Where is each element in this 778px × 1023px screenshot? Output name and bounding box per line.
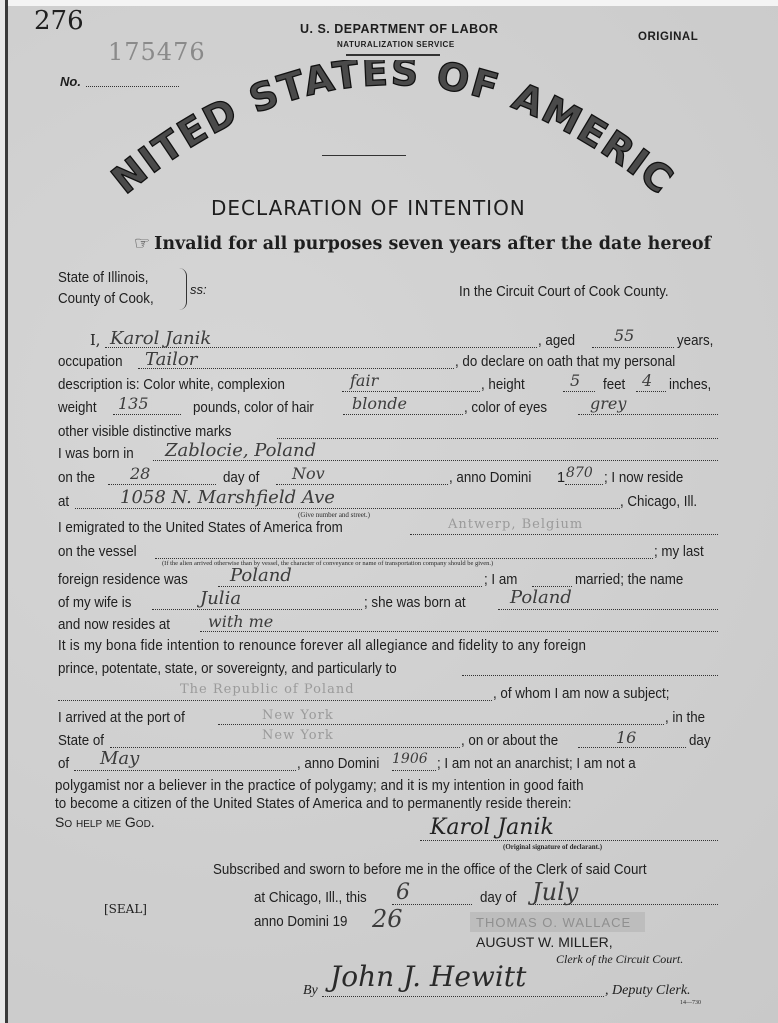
now-resides-label: and now resides at [58, 617, 170, 633]
day-label: day [689, 733, 711, 749]
i-am-label: ; I am [484, 572, 517, 588]
inches-line [636, 391, 666, 392]
anno-domini-arrival-label: , anno Domini [297, 756, 379, 772]
wife-birthplace-line [498, 609, 718, 610]
years-label: years, [677, 333, 713, 349]
description-label: description is: Color white, complexion [58, 377, 285, 393]
renounce-text-2: prince, potentate, state, or sovereignty… [58, 661, 397, 677]
birth-day-line [108, 484, 216, 485]
venue-brace [178, 268, 187, 310]
weight-field: 135 [118, 394, 149, 413]
state-of-label: State of [58, 733, 104, 749]
form-code: 14—730 [680, 1000, 701, 1006]
day-of-label: day of [223, 470, 259, 486]
document-title: DECLARATION OF INTENTION [211, 196, 526, 220]
aged-label: , aged [538, 333, 575, 349]
venue-ss: ss: [190, 282, 207, 297]
service-title: NATURALIZATION SERVICE [337, 40, 455, 49]
birth-day-field: 28 [130, 464, 150, 483]
polygamist-text: polygamist nor a believer in the practic… [55, 778, 584, 794]
arrival-year-field: 1906 [392, 751, 428, 767]
emigrated-from-field: Antwerp, Belgium [448, 517, 583, 532]
anarchist-label: ; I am not an anarchist; I am not a [437, 756, 636, 772]
deputy-signature: John J. Hewitt [330, 960, 526, 993]
marks-label: other visible distinctive marks [58, 424, 231, 440]
sovereign-line-2 [58, 700, 492, 701]
arrival-month-line [74, 770, 296, 771]
married-label: married; the name [575, 572, 683, 588]
inches-label: inches, [669, 377, 711, 393]
i-label: I, [90, 333, 100, 349]
age-field: 55 [614, 326, 634, 345]
sworn-month-field: July [532, 878, 578, 906]
declare-label: , do declare on oath that my personal [455, 354, 675, 370]
foreign-residence-line [218, 586, 482, 587]
deputy-signature-line [322, 996, 604, 997]
eyes-line [578, 414, 718, 415]
address-line [75, 508, 620, 509]
header-rule [346, 54, 440, 56]
arrival-state-field: New York [262, 728, 334, 743]
seal-label: [SEAL] [104, 902, 147, 916]
top-edge [0, 0, 778, 6]
hair-field: blonde [352, 394, 407, 413]
age-line [592, 347, 674, 348]
marks-line [277, 438, 718, 439]
occupation-field: Tailor [145, 349, 197, 370]
arrival-day-field: 16 [616, 728, 636, 747]
sworn-year-field: 26 [372, 905, 403, 933]
name-field: Karol Janik [110, 328, 211, 349]
arc-title-text: UNITED STATES OF AMERICA [100, 60, 680, 203]
clerk-name: AUGUST W. MILLER, [476, 934, 613, 950]
address-field: 1058 N. Marshfield Ave [120, 487, 335, 508]
port-line [218, 724, 664, 725]
subject-label: , of whom I am now a subject; [493, 686, 669, 702]
at-label: at [58, 494, 69, 510]
weight-line [113, 414, 181, 415]
declaration-document: 276 175476 No. U. S. DEPARTMENT OF LABOR… [0, 0, 778, 1023]
birth-year-field: 870 [566, 465, 593, 481]
foreign-residence-field: Poland [230, 565, 292, 586]
foreign-residence-label: foreign residence was [58, 572, 188, 588]
chicago-label: , Chicago, Ill. [620, 494, 697, 510]
on-or-about-label: , on or about the [461, 733, 558, 749]
renounce-text-1: It is my bona fide intention to renounce… [58, 638, 586, 654]
birth-year-line [565, 484, 603, 485]
left-border-line [5, 0, 8, 1023]
vessel-note: (If the alien arrived otherwise than by … [162, 560, 493, 567]
become-citizen-text: to become a citizen of the United States… [55, 796, 572, 812]
validity-text: Invalid for all purposes seven years aft… [154, 234, 711, 254]
declarant-signature-line [420, 840, 718, 841]
sovereign-line-1 [462, 675, 718, 676]
occupation-label: occupation [58, 354, 123, 370]
arrived-port-label: I arrived at the port of [58, 710, 185, 726]
my-last-label: ; my last [654, 544, 704, 560]
title-rule [322, 155, 406, 156]
declarant-signature: Karol Janik [430, 815, 554, 840]
deputy-clerk-label: , Deputy Clerk. [605, 983, 691, 999]
complexion-field: fair [350, 371, 378, 390]
venue-county: County of Cook, [58, 291, 154, 307]
on-the-label: on the [58, 470, 95, 486]
sovereign-field: The Republic of Poland [180, 682, 355, 697]
birth-month-field: Nov [292, 464, 325, 483]
venue-state: State of Illinois, [58, 270, 148, 286]
weight-label: weight [58, 400, 97, 416]
arrival-year-line [392, 770, 436, 771]
at-chicago-label: at Chicago, Ill., this [254, 890, 367, 906]
clerk-title: Clerk of the Circuit Court. [556, 952, 683, 967]
pounds-hair-label: pounds, color of hair [193, 400, 314, 416]
by-label: By [303, 983, 318, 999]
validity-notice: ☞Invalid for all purposes seven years af… [134, 233, 711, 254]
height-label: , height [481, 377, 525, 393]
wife-name-line [152, 609, 362, 610]
arrival-port-field: New York [262, 708, 334, 723]
wife-residence-line [200, 631, 718, 632]
birth-year-prefix: 1 [557, 470, 565, 486]
anno-domini-birth-label: , anno Domini [449, 470, 531, 486]
sworn-day-field: 6 [396, 880, 410, 905]
of-label: of [58, 756, 69, 772]
born-in-label: I was born in [58, 446, 134, 462]
arrival-month-field: May [100, 748, 139, 769]
arrival-state-line [110, 747, 460, 748]
wife-name-field: Julia [200, 588, 241, 609]
venue-court: In the Circuit Court of Cook County. [459, 284, 669, 300]
vessel-label: on the vessel [58, 544, 137, 560]
svg-text:UNITED STATES OF AMERICA: UNITED STATES OF AMERICA [100, 60, 680, 203]
height-feet-field: 5 [570, 371, 580, 390]
eyes-label: , color of eyes [464, 400, 547, 416]
day-of-2-label: day of [480, 890, 516, 906]
wife-is-label: of my wife is [58, 595, 131, 611]
pointing-hand-icon: ☞ [134, 233, 150, 254]
form-number: 276 [34, 6, 84, 36]
complexion-line [342, 391, 480, 392]
now-reside-label: ; I now reside [604, 470, 683, 486]
give-number-hint: (Give number and street.) [298, 511, 370, 519]
stamped-clerk-name: THOMAS O. WALLACE [476, 915, 631, 930]
subscribed-text: Subscribed and sworn to before me in the… [213, 862, 647, 878]
wife-residence-field: with me [208, 612, 273, 631]
emigrated-label: I emigrated to the United States of Amer… [58, 520, 343, 536]
original-signature-caption: (Original signature of declarant.) [503, 843, 602, 851]
in-the-label: , in the [665, 710, 705, 726]
arrival-day-line [578, 747, 686, 748]
anno-domini-19-label: anno Domini 19 [254, 914, 347, 930]
wife-birthplace-field: Poland [510, 587, 572, 608]
feet-line [563, 391, 595, 392]
height-inches-field: 4 [642, 371, 652, 390]
birthplace-field: Zablocie, Poland [165, 440, 316, 461]
emigrated-line [410, 534, 718, 535]
she-born-label: ; she was born at [364, 595, 466, 611]
department-title: U. S. DEPARTMENT OF LABOR [300, 22, 498, 36]
hair-line [343, 414, 463, 415]
eyes-field: grey [590, 394, 626, 413]
copy-type: ORIGINAL [638, 31, 698, 43]
no-label: No. [60, 74, 81, 89]
vessel-line [155, 558, 653, 559]
birth-month-line [276, 484, 448, 485]
so-help-me-god: So help me God. [55, 814, 155, 830]
feet-label: feet [603, 377, 625, 393]
